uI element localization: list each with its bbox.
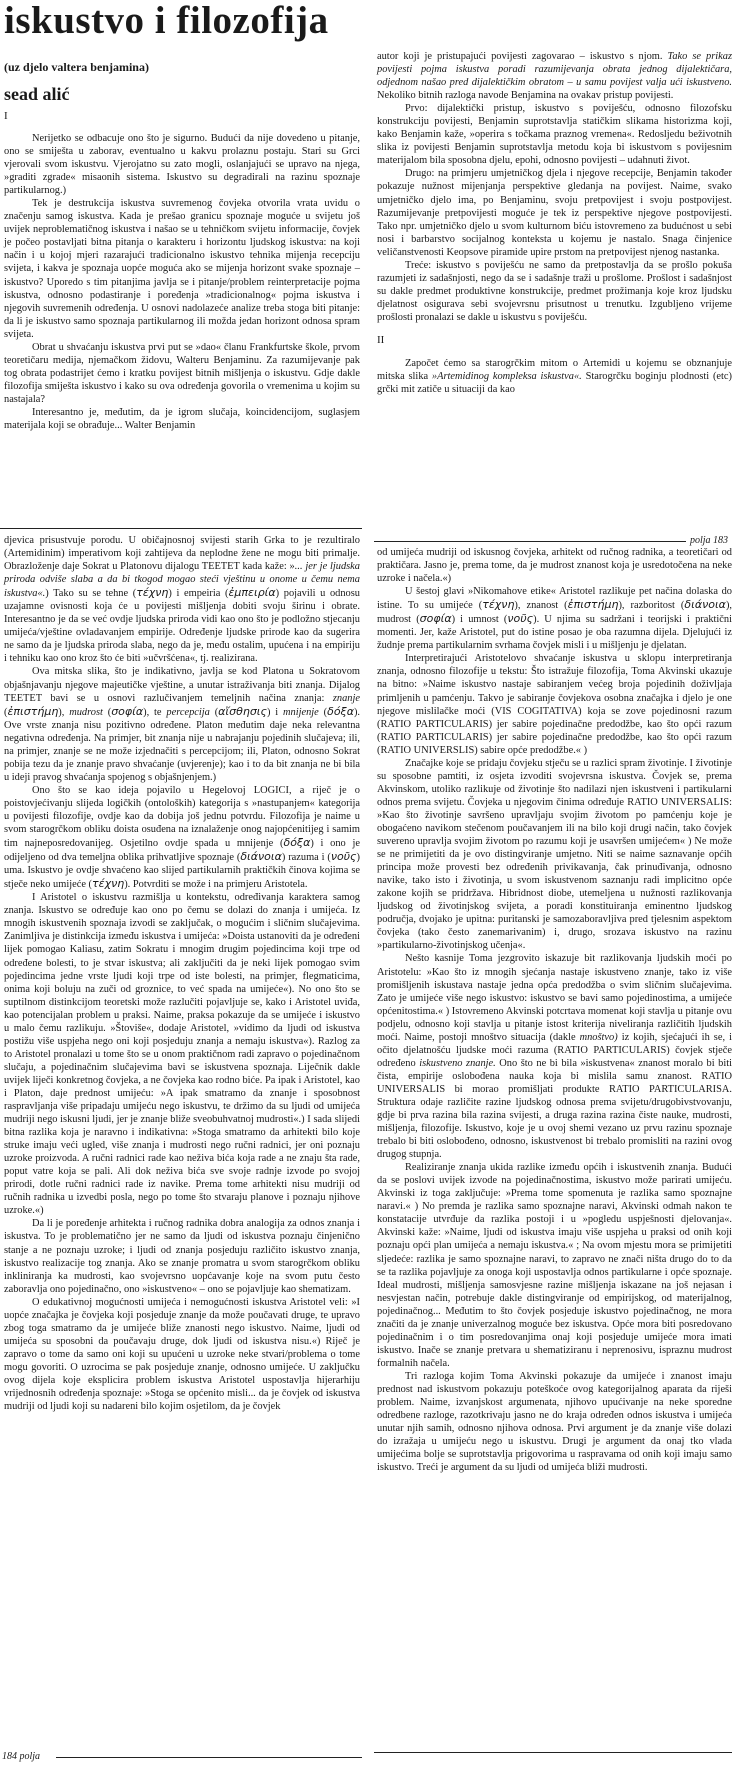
paragraph: Tri razloga kojim Toma Akvinski pokazuje… xyxy=(377,1370,732,1474)
section-number-1: I xyxy=(4,110,8,122)
text-span: ) i umnost ( xyxy=(452,614,508,625)
greek-term: σοφία xyxy=(420,612,452,625)
paragraph: Prvo: dijalektički pristup, iskustvo s p… xyxy=(377,102,732,167)
column-bottom-left: djevica prisustvuje porodu. U običajnosn… xyxy=(4,534,360,1413)
paragraph: Realiziranje znanja ukida razlike između… xyxy=(377,1161,732,1370)
text-span: Ova mitska slika, što je indikativno, ja… xyxy=(4,666,360,703)
paragraph: Interesantno je, međutim, da je igrom sl… xyxy=(4,406,360,432)
text-span: ), razboritost ( xyxy=(618,600,684,611)
emphasis-text: mnijenje xyxy=(283,707,319,718)
column-bottom-right: od umijeća mudriji od iskusnog čovjeka, … xyxy=(377,546,732,1474)
article-author: sead alić xyxy=(4,84,70,104)
divider-rule xyxy=(374,1752,732,1753)
column-top-left: Nerijetko se odbacuje ono što je sigurno… xyxy=(4,132,360,432)
text-span: autor koji je pristupajući povijesti zag… xyxy=(377,51,668,62)
divider-rule xyxy=(0,528,362,529)
article-title: iskustvo i filozofija xyxy=(4,0,329,42)
paragraph: Ova mitska slika, što je indikativno, ja… xyxy=(4,665,360,783)
column-top-right: autor koji je pristupajući povijesti zag… xyxy=(377,50,732,396)
paragraph: O edukativnoj mogućnosti umijeća i nemog… xyxy=(4,1296,360,1413)
emphasis-text: percepcija xyxy=(166,707,209,718)
paragraph: Interpretirajući Aristotelovo shvaćanje … xyxy=(377,652,732,756)
greek-term: νοῦς xyxy=(507,612,533,625)
paragraph: Tek je destrukcija iskustva suvremenog č… xyxy=(4,197,360,341)
paragraph: Da li je poređenje arhitekta i ručnog ra… xyxy=(4,1217,360,1295)
greek-term: ἐπιστήμη xyxy=(568,598,619,611)
greek-term: δόξα xyxy=(327,705,354,718)
emphasis-text: mnoštvo) xyxy=(580,1032,618,1043)
emphasis-text: »Artemidinog kompleksa iskustva«. xyxy=(432,371,582,382)
paragraph-lead: autor koji je pristupajući povijesti zag… xyxy=(377,50,732,102)
paragraph: od umijeća mudriji od iskusnog čovjeka, … xyxy=(377,546,732,585)
text-span: Nekoliko bitnih razloga navode Benjamina… xyxy=(377,90,673,101)
greek-term: νοῦς xyxy=(331,850,357,863)
text-span: . Ove vrste znanja nisu pozitivno određe… xyxy=(4,707,360,783)
text-span: ) razuma i ( xyxy=(282,852,331,863)
paragraph: Nešto kasnije Toma jezgrovito iskazuje b… xyxy=(377,952,732,1161)
paragraph: djevica prisustvuje porodu. U običajnosn… xyxy=(4,534,360,665)
greek-term: δόξα xyxy=(283,836,310,849)
text-span: ) pojavili u odnosu uzajamne ovisnosti k… xyxy=(4,588,360,664)
emphasis-text: znanje xyxy=(333,693,360,704)
paragraph: I Aristotel o iskustvu razmišlja u konte… xyxy=(4,891,360,1217)
text-span: Ono što ne bi bila »iskustvena« znanost … xyxy=(377,1058,732,1160)
paragraph: Obrat u shvaćanju iskustva prvi put se »… xyxy=(4,341,360,406)
paragraph: Drugo: na primjeru umjetničkog djela i n… xyxy=(377,167,732,258)
greek-term: τέχνη xyxy=(482,598,514,611)
paragraph: U šestoj glavi »Nikomahove etike« Aristo… xyxy=(377,585,732,652)
greek-term: τέχνη xyxy=(92,877,124,890)
paragraph: Značajke koje se pridaju čovjeku stječu … xyxy=(377,757,732,953)
paragraph: Nerijetko se odbacuje ono što je sigurno… xyxy=(4,132,360,197)
greek-term: ἐμπειρία xyxy=(228,586,275,599)
text-span: ) Tako su se tehne ( xyxy=(45,588,136,599)
paragraph: Treće: iskustvo s poviješću ne samo da p… xyxy=(377,259,732,324)
greek-term: διάνοια xyxy=(240,850,282,863)
greek-term: ἐπιστήμη xyxy=(7,705,58,718)
divider-rule xyxy=(56,1757,362,1758)
text-span: Nešto kasnije Toma jezgrovito iskazuje b… xyxy=(377,953,732,1042)
greek-term: αἴσθησις xyxy=(218,705,267,718)
paragraph: Započet ćemo sa starogrčkim mitom o Arte… xyxy=(377,357,732,396)
greek-term: σοφία xyxy=(111,705,143,718)
text-span: ). Potvrditi se može i na primjeru Arist… xyxy=(124,879,307,890)
article-subtitle: (uz djelo valtera benjamina) xyxy=(4,60,149,74)
text-span: ) i empeiria ( xyxy=(168,588,228,599)
greek-term: διάνοια xyxy=(684,598,726,611)
page-folio: 184 polja xyxy=(2,1751,40,1763)
text-span: ), znanost ( xyxy=(514,600,567,611)
section-number-2: II xyxy=(377,334,732,347)
divider-rule xyxy=(374,541,686,542)
emphasis-text: mudrost xyxy=(69,707,103,718)
greek-term: τέχνη xyxy=(136,586,168,599)
paragraph: Ono što se kao ideja pojavilo u Hegelovo… xyxy=(4,784,360,891)
emphasis-text: iskustveno znanje. xyxy=(419,1058,496,1069)
